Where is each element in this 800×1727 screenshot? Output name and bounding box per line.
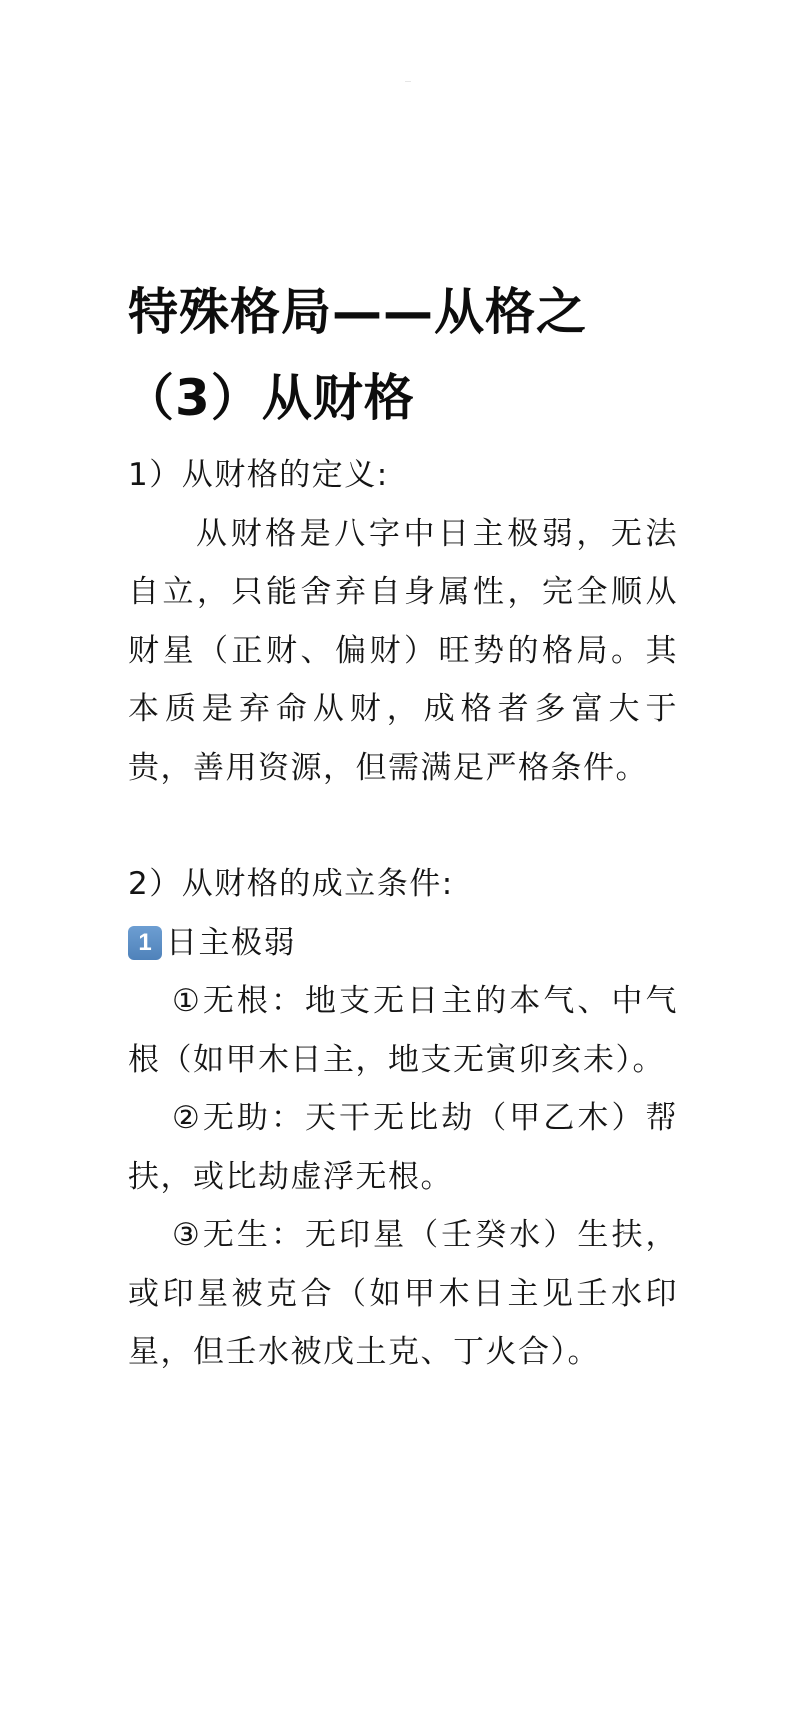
top-mark <box>405 81 411 82</box>
document-page: 特殊格局——从格之 （3）从财格 1）从财格的定义: 从财格是八字中日主极弱，无… <box>0 0 800 1727</box>
definition-paragraph: 从财格是八字中日主极弱，无法自立，只能舍弃自身属性，完全顺从财星（正财、偏财）旺… <box>128 505 678 798</box>
section-heading-definition: 1）从财格的定义: <box>128 446 678 505</box>
document-body: 1）从财格的定义: 从财格是八字中日主极弱，无法自立，只能舍弃自身属性，完全顺从… <box>128 446 678 1382</box>
condition-no-help: ②无助：天干无比劫（甲乙木）帮扶，或比劫虚浮无根。 <box>128 1089 678 1206</box>
condition-no-root: ①无根：地支无日主的本气、中气根（如甲木日主，地支无寅卯亥未）。 <box>128 972 678 1089</box>
page-title-line-1: 特殊格局——从格之 <box>128 282 587 342</box>
section-heading-conditions: 2）从财格的成立条件: <box>128 855 678 914</box>
page-title-line-2: （3）从财格 <box>124 368 415 428</box>
condition-no-support: ③无生：无印星（壬癸水）生扶，或印星被克合（如甲木日主见壬水印星，但壬水被戊土克… <box>128 1206 678 1382</box>
spacer <box>128 797 678 855</box>
sub-heading-label: 日主极弱 <box>166 914 296 973</box>
sub-heading-weak-day-master: 1 日主极弱 <box>128 914 678 973</box>
keycap-digit-one-icon: 1 <box>128 926 162 960</box>
